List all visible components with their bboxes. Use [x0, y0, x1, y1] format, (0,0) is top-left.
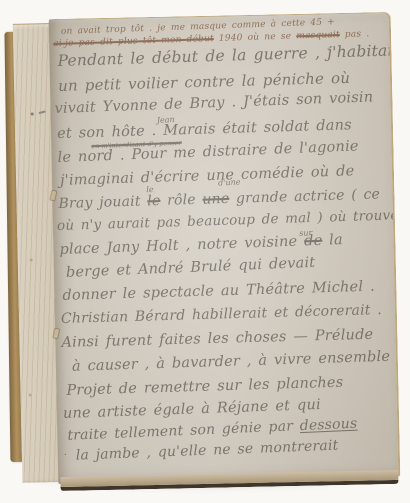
handwritten-line: Ainsi furent faites les choses — Prélude [61, 328, 373, 351]
handwritten-text: grande actrice ( ce [229, 186, 380, 206]
handwritten-line: berge et André Brulé qui devait [66, 256, 316, 281]
handwritten-line: Bray jouait le rôle une grande actrice (… [58, 187, 380, 211]
handwritten-line: un petit voilier contre la péniche où [58, 71, 350, 94]
handwritten-text: masquait [296, 30, 340, 41]
handwritten-text: où n'y aurait pas beaucoup de mal ) où t… [57, 206, 401, 234]
handwritten-text: berge et André Brulé qui devait [66, 255, 316, 281]
handwritten-line: Christian Bérard habillerait et décorera… [61, 303, 382, 326]
handwritten-text: 1940 où ne se [214, 31, 297, 44]
handwritten-text: donner le spectacle au Théâtre Michel . [62, 279, 375, 304]
handwritten-text: j'imaginai d'écrire une comédie où de [60, 163, 355, 189]
handwritten-text: Projet de remettre sur les planches [66, 375, 343, 399]
interline-insertion: le [146, 186, 153, 194]
interline-insertion: Jean [157, 116, 175, 125]
handwritten-line: vivait Yvonne de Bray . J'étais son vois… [54, 90, 373, 116]
handwritten-line: et son hôte . Marais était soldat dans [57, 118, 352, 141]
handwritten-text: à causer , à bavarder , à vivre ensemble… [72, 348, 401, 374]
interline-insertion: sur [299, 229, 313, 238]
handwritten-line: où n'y aurait pas beaucoup de mal ) où t… [57, 208, 401, 233]
handwritten-text: une [202, 191, 229, 208]
notebook-page: on avait trop tôt . je me masque comme à… [49, 12, 401, 484]
handwritten-text: pas . [340, 29, 370, 40]
handwritten-text: et son hôte . Marais était soldat dans [57, 117, 352, 142]
handwritten-line: Projet de remettre sur les planches [66, 376, 343, 399]
handwritten-text: dessous [299, 416, 357, 434]
handwritten-text: place Jany Holt , notre voisine [59, 233, 304, 258]
handwritten-text: Ainsi furent faites les choses — Prélude [61, 327, 373, 351]
handwritten-line: donner le spectacle au Théâtre Michel . [62, 280, 375, 304]
handwritten-line: la jambe , qu'elle ne se montrerait [76, 439, 339, 463]
handwritten-text: rôle [160, 192, 202, 209]
interline-insertion: d'une [218, 178, 241, 187]
manuscript-photo: on avait trop tôt . je me masque comme à… [0, 0, 410, 503]
notebook: on avait trop tôt . je me masque comme à… [0, 2, 404, 492]
handwritten-line: à causer , à bavarder , à vivre ensemble… [72, 349, 401, 374]
interline-insertion: · [64, 451, 67, 461]
handwritten-text: le [147, 193, 161, 209]
manuscript-lines: on avait trop tôt . je me masque comme à… [49, 13, 399, 484]
handwritten-text: Christian Bérard habillerait et décorera… [61, 302, 382, 327]
handwritten-text: la [322, 232, 343, 249]
handwritten-line: j'imaginai d'écrire une comédie où de [60, 164, 355, 188]
handwritten-text: Bray jouait [58, 193, 147, 212]
